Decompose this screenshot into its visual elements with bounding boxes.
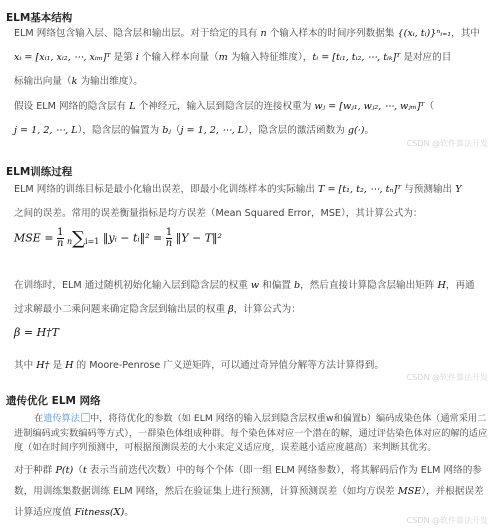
- genetic-algorithm-link[interactable]: 遗传算法: [43, 413, 80, 424]
- paragraph-training-goal: ELM 网络的训练目标是最小化输出误差，即最小化训练样本的实际输出 T = [t…: [14, 178, 492, 226]
- formula-beta: β = H†T: [14, 326, 59, 339]
- external-link-icon: [81, 413, 90, 422]
- paragraph-ga-fitness: 对于种群 P(t)（t 表示当前迭代次数）中的每个个体（即一组 ELM 网络参数…: [14, 460, 492, 523]
- paragraph-training-method: 在训练时，ELM 通过随机初始化输入层到隐含层的权重 w 和偏置 b，然后直接计…: [14, 274, 492, 322]
- paragraph-hidden-layer: 假设 ELM 网络的隐含层有 L 个神经元，输入层到隐含层的连接权重为 wⱼ =…: [14, 95, 492, 143]
- paragraph-ga-encoding: 在遗传算法中，将待优化的参数（如 ELM 网络的输入层到隐含层权重w和偏置b）编…: [14, 412, 492, 456]
- section-title-ga-elm: 遗传优化 ELM 网络: [6, 393, 101, 408]
- watermark: CSDN @软件算法开发: [407, 138, 488, 149]
- formula-mse: MSE = 1n n∑i=1 ‖yᵢ − tᵢ‖² = 1n ‖Y − T‖²: [14, 228, 222, 249]
- watermark: CSDN @软件算法开发: [407, 515, 488, 526]
- watermark: CSDN @软件算法开发: [407, 372, 488, 383]
- paragraph-elm-structure: ELM 网络包含输入层、隐含层和输出层。对于给定的具有 n 个输入样本的时间序列…: [14, 22, 492, 94]
- section-title-elm-training: ELM训练过程: [6, 164, 72, 179]
